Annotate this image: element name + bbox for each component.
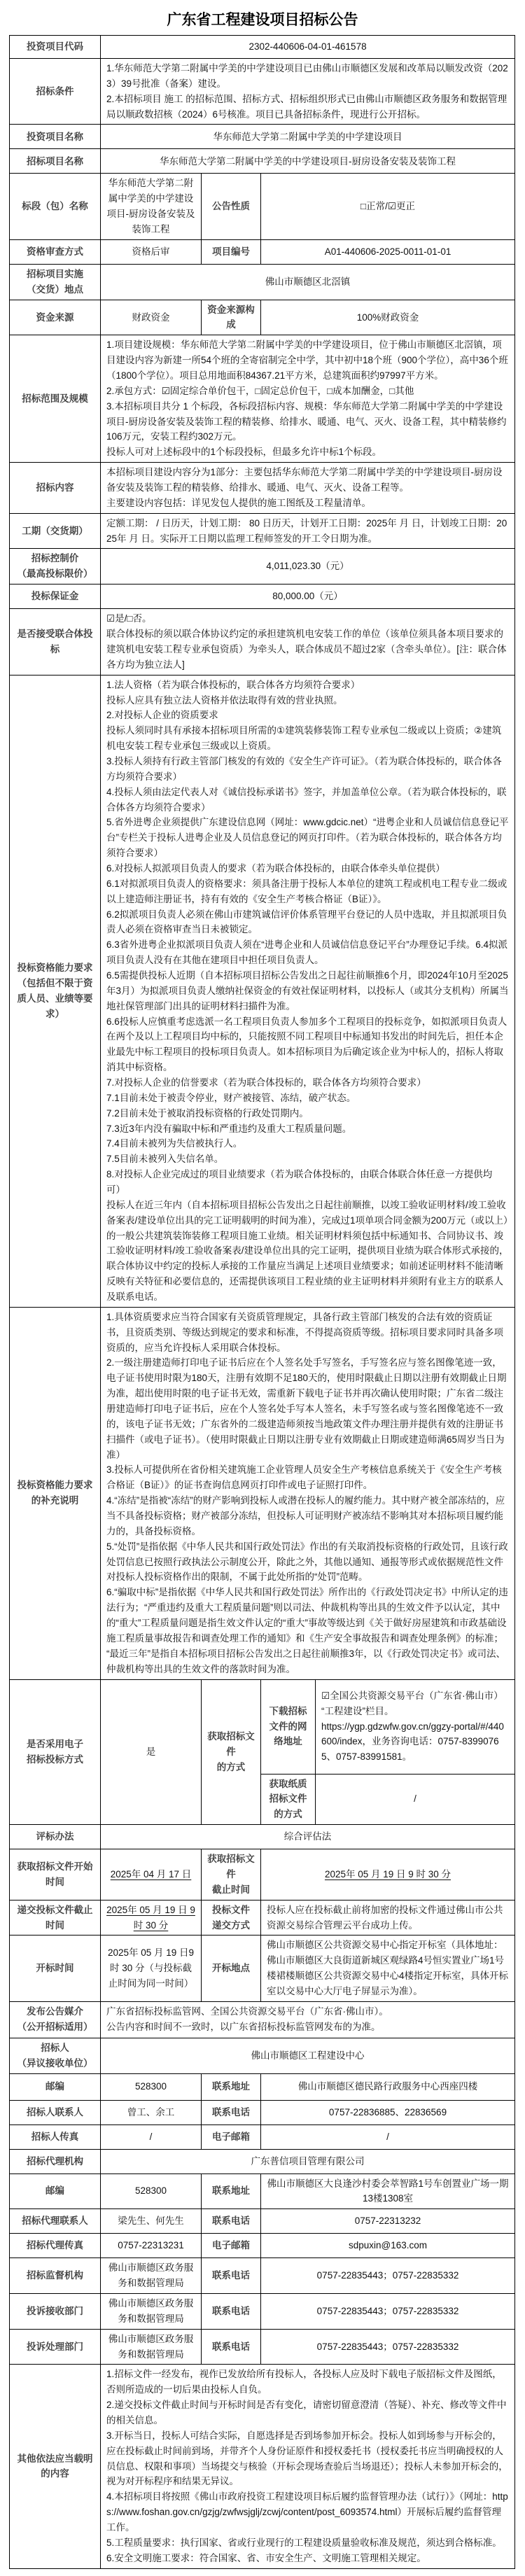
- bid-submission-deadline-value: 2025年 05 月 19 日 9 时 30 分: [101, 1900, 202, 1935]
- bid-opening-label-2: 开标地点: [202, 1935, 261, 2001]
- tenderer-contact-label: 招标人联系人: [10, 2100, 101, 2124]
- announcement-media-row: 发布公告媒介 （公开招标适用）广东省招标投标监管网、全国公共资源交易平台（广东省…: [10, 2001, 515, 2038]
- tenderer-postcode-row: 邮编528300联系地址佛山市顺德区德民路行政服务中心西座四楼: [10, 2073, 515, 2100]
- complaint-receiving-dept-label-2: 联系电话: [202, 2293, 261, 2329]
- bid-submission-deadline-label: 递交投标文件截止 时间: [10, 1900, 101, 1935]
- qualification-review-method-row: 资格审查方式资格后审项目编号A01-440606-2025-0011-01-01: [10, 239, 515, 264]
- paper-method-value: /: [316, 1774, 515, 1825]
- qualification-supplementary-notes-value: 1.具体资质要求应当符合国家有关资质管理规定，具备行政主管部门核发的合法有效的资…: [101, 1307, 515, 1679]
- bid-bond-row: 投标保证金80,000.00（元）: [10, 584, 515, 609]
- qualification-review-method-value: 资格后审: [101, 239, 202, 264]
- construction-period-label: 工期（交货期）: [10, 513, 101, 549]
- doc-obtain-time-label-2: 获取招标文件 截止时间: [202, 1849, 261, 1900]
- download-address-value: ☑全国公共资源交易平台（广东省·佛山市）“工程建设”栏目。 https://yg…: [316, 1679, 515, 1774]
- qualification-review-method-label: 资格审查方式: [10, 239, 101, 264]
- agency-fax-value: 0757-22313231: [101, 2234, 202, 2258]
- implementation-location-label: 招标项目实施 （交货）地点: [10, 264, 101, 300]
- tender-announcement-table: 投资项目代码2302-440606-04-01-461578招标条件1.华东师范…: [9, 35, 515, 2569]
- section-package-name-value-2: □正常/☑更正: [261, 174, 515, 239]
- tenderer-fax-row: 招标人传真/电子邮箱/: [10, 2124, 515, 2149]
- tenderer-row: 招标人 （异议接收单位）佛山市顺德区工程建设中心: [10, 2038, 515, 2073]
- paper-method-label: 获取纸质招标文件的方式: [261, 1774, 316, 1825]
- tender-conditions-value: 1.华东师范大学第二附属中学美的中学建设项目已由佛山市顺德区发展和改革局以顺发改…: [101, 59, 515, 125]
- qualification-review-method-value-2: A01-440606-2025-0011-01-01: [261, 239, 515, 264]
- tender-content-value: 本招标项目建设内容分为1部分：主要包括华东师范大学第二附属中学美的中学建设项目-…: [101, 463, 515, 514]
- consortium-bidding-label: 是否接受联合体投 标: [10, 609, 101, 675]
- investment-project-name-value: 华东师范大学第二附属中学美的中学建设项目: [101, 125, 515, 149]
- section-package-name-row: 标段（包）名称华东师范大学第二附属中学美的中学建设项目-厨房设备安装及装饰工程公…: [10, 174, 515, 239]
- price-ceiling-row: 招标控制价 （最高投标限价）4,011,023.30（元）: [10, 549, 515, 584]
- qualification-supplementary-notes-label: 投标资格能力要求 的补充说明: [10, 1307, 101, 1679]
- bid-submission-deadline-value-2: 投标人应在投标截止前将加密的投标文件通过佛山市公共资源交易综合管理云平台成功上传…: [261, 1900, 515, 1935]
- evaluation-method-label: 评标办法: [10, 1825, 101, 1849]
- agency-fax-label-2: 电子邮箱: [202, 2234, 261, 2258]
- tenderer-fax-label: 招标人传真: [10, 2124, 101, 2149]
- supervision-agency-value-2: 0757-22835443；0757-22835332: [261, 2258, 515, 2294]
- tenderer-fax-label-2: 电子邮箱: [202, 2124, 261, 2149]
- funding-source-value: 财政资金: [101, 300, 202, 335]
- scope-and-scale-value: 1.项目建设规模：华东师范大学第二附属中学美的中学建设项目，位于佛山市顺德区北滘…: [101, 335, 515, 463]
- funding-source-label: 资金来源: [10, 300, 101, 335]
- tender-content-row: 招标内容本招标项目建设内容分为1部分：主要包括华东师范大学第二附属中学美的中学建…: [10, 463, 515, 514]
- complaint-handling-dept-value: 佛山市顺德区政务服务和数据管理局: [101, 2329, 202, 2365]
- tenderer-contact-value: 曾工、余工: [101, 2100, 202, 2124]
- supervision-agency-label-2: 联系电话: [202, 2258, 261, 2294]
- other-required-content-label: 其他依法应当载明 的内容: [10, 2365, 101, 2568]
- evaluation-method-value: 综合评估法: [101, 1825, 515, 1849]
- complaint-receiving-dept-label: 投诉接收部门: [10, 2293, 101, 2329]
- complaint-handling-dept-row: 投诉处理部门佛山市顺德区政务服务和数据管理局联系电话0757-22835443；…: [10, 2329, 515, 2365]
- price-ceiling-label: 招标控制价 （最高投标限价）: [10, 549, 101, 584]
- price-ceiling-value: 4,011,023.30（元）: [101, 549, 515, 584]
- supervision-agency-row: 招标监督机构佛山市顺德区政务服务和数据管理局联系电话0757-22835443；…: [10, 2258, 515, 2294]
- tender-conditions-label: 招标条件: [10, 59, 101, 125]
- consortium-bidding-row: 是否接受联合体投 标☑是/□否。 联合体投标的须以联合体协议约定的承担建筑机电安…: [10, 609, 515, 675]
- tenderer-contact-row: 招标人联系人曾工、余工联系电话0757-22836885、22836569: [10, 2100, 515, 2124]
- bid-bond-label: 投标保证金: [10, 584, 101, 609]
- investment-project-code-value: 2302-440606-04-01-461578: [101, 36, 515, 59]
- funding-source-row: 资金来源财政资金资金来源构成100%财政资金: [10, 300, 515, 335]
- tenderer-fax-value: /: [101, 2124, 202, 2149]
- funding-source-label-2: 资金来源构成: [202, 300, 261, 335]
- tender-project-name-value: 华东师范大学第二附属中学美的中学建设项目-厨房设备安装及装饰工程: [101, 149, 515, 174]
- section-package-name-label: 标段（包）名称: [10, 174, 101, 239]
- tenderer-postcode-label: 邮编: [10, 2073, 101, 2100]
- bid-opening-value-2: 佛山市顺德区公共资源交易中心指定开标室（具体地址：佛山市顺德区大良街道新城区观绿…: [261, 1935, 515, 2001]
- tenderer-postcode-label-2: 联系地址: [202, 2073, 261, 2100]
- investment-project-name-label: 投资项目名称: [10, 125, 101, 149]
- qualification-review-method-label-2: 项目编号: [202, 239, 261, 264]
- investment-project-code-label: 投资项目代码: [10, 36, 101, 59]
- tenderer-contact-label-2: 联系电话: [202, 2100, 261, 2124]
- bid-bond-value: 80,000.00（元）: [101, 584, 515, 609]
- bidder-qualification-requirements-label: 投标资格能力要求 （包括但不限于资 质人员、业绩等要 求）: [10, 675, 101, 1307]
- agency-postcode-value-2: 佛山市顺德区大良逢沙村委会萃智路1号车创置业广场一期13楼1308室: [261, 2173, 515, 2209]
- complaint-handling-dept-label: 投诉处理部门: [10, 2329, 101, 2365]
- complaint-receiving-dept-row: 投诉接收部门佛山市顺德区政务服务和数据管理局联系电话0757-22835443；…: [10, 2293, 515, 2329]
- agency-fax-label: 招标代理传真: [10, 2234, 101, 2258]
- investment-project-code-row: 投资项目代码2302-440606-04-01-461578: [10, 36, 515, 59]
- implementation-location-row: 招标项目实施 （交货）地点佛山市顺德区北滘镇: [10, 264, 515, 300]
- tenderer-postcode-value-2: 佛山市顺德区德民路行政服务中心西座四楼: [261, 2073, 515, 2100]
- supervision-agency-label: 招标监督机构: [10, 2258, 101, 2294]
- tender-table-body: 投资项目代码2302-440606-04-01-461578招标条件1.华东师范…: [10, 36, 515, 2569]
- consortium-bidding-value: ☑是/□否。 联合体投标的须以联合体协议约定的承担建筑机电安装工作的单位（该单位…: [101, 609, 515, 675]
- bidder-qualification-requirements-value: 1.法人资格（若为联合体投标的，联合体各方均须符合要求） 投标人应具有独立法人资…: [101, 675, 515, 1307]
- section-package-name-value: 华东师范大学第二附属中学美的中学建设项目-厨房设备安装及装饰工程: [101, 174, 202, 239]
- announcement-media-value: 广东省招标投标监管网、全国公共资源交易平台（广东省·佛山市）。 公告内容和时间不…: [101, 2001, 515, 2038]
- supervision-agency-value: 佛山市顺德区政务服务和数据管理局: [101, 2258, 202, 2294]
- agency-postcode-label: 邮编: [10, 2173, 101, 2209]
- tenderer-fax-value-2: /: [261, 2124, 515, 2149]
- tenderer-label: 招标人 （异议接收单位）: [10, 2038, 101, 2073]
- tender-agency-label: 招标代理机构: [10, 2149, 101, 2173]
- section-package-name-label-2: 公告性质: [202, 174, 261, 239]
- download-address-label: 下载招标文件的网络地址: [261, 1679, 316, 1774]
- other-required-content-row: 其他依法应当载明 的内容1.招标文件一经发布，视作已发放给所有投标人，各投标人应…: [10, 2365, 515, 2568]
- doc-obtain-time-value-2: 2025年 05 月 19 日 9 时 30 分: [261, 1849, 515, 1900]
- agency-contact-label: 招标代理联系人: [10, 2209, 101, 2234]
- complaint-handling-dept-label-2: 联系电话: [202, 2329, 261, 2365]
- agency-contact-value-2: 0757-22313232: [261, 2209, 515, 2234]
- scope-and-scale-label: 招标范围及规模: [10, 335, 101, 463]
- tenderer-contact-value-2: 0757-22836885、22836569: [261, 2100, 515, 2124]
- complaint-receiving-dept-value-2: 0757-22835443；0757-22835332: [261, 2293, 515, 2329]
- funding-source-value-2: 100%财政资金: [261, 300, 515, 335]
- agency-postcode-value: 528300: [101, 2173, 202, 2209]
- scope-and-scale-row: 招标范围及规模1.项目建设规模：华东师范大学第二附属中学美的中学建设项目，位于佛…: [10, 335, 515, 463]
- agency-fax-row: 招标代理传真0757-22313231电子邮箱sdpuxin@163.com: [10, 2234, 515, 2258]
- page-title: 广东省工程建设项目招标公告: [0, 0, 525, 35]
- tender-project-name-row: 招标项目名称华东师范大学第二附属中学美的中学建设项目-厨房设备安装及装饰工程: [10, 149, 515, 174]
- agency-contact-row: 招标代理联系人梁先生、何先生联系电话0757-22313232: [10, 2209, 515, 2234]
- agency-postcode-row: 邮编528300联系地址佛山市顺德区大良逢沙村委会萃智路1号车创置业广场一期13…: [10, 2173, 515, 2209]
- bid-opening-value: 2025年 05 月 19 日9 时 30 分（与投标截止时间为同一时间）: [101, 1935, 202, 2001]
- tenderer-postcode-value: 528300: [101, 2073, 202, 2100]
- doc-obtain-method-label: 获取招标文件 的方式: [202, 1679, 261, 1825]
- tenderer-value: 佛山市顺德区工程建设中心: [101, 2038, 515, 2073]
- announcement-page: 广东省工程建设项目招标公告 投资项目代码2302-440606-04-01-46…: [0, 0, 525, 2569]
- doc-obtain-time-row: 获取招标文件开始 时间2025年 04 月 17 日获取招标文件 截止时间202…: [10, 1849, 515, 1900]
- construction-period-row: 工期（交货期）定额工期： / 日历天，计划工期： 80 日历天，计划开工日期：2…: [10, 513, 515, 549]
- investment-project-name-row: 投资项目名称华东师范大学第二附属中学美的中学建设项目: [10, 125, 515, 149]
- qualification-supplementary-notes-row: 投标资格能力要求 的补充说明1.具体资质要求应当符合国家有关资质管理规定，具备行…: [10, 1307, 515, 1679]
- doc-obtain-time-value: 2025年 04 月 17 日: [101, 1849, 202, 1900]
- evaluation-method-row: 评标办法综合评估法: [10, 1825, 515, 1849]
- bidder-qualification-requirements-row: 投标资格能力要求 （包括但不限于资 质人员、业绩等要 求）1.法人资格（若为联合…: [10, 675, 515, 1307]
- implementation-location-value: 佛山市顺德区北滘镇: [101, 264, 515, 300]
- tender-content-label: 招标内容: [10, 463, 101, 514]
- agency-fax-value-2: sdpuxin@163.com: [261, 2234, 515, 2258]
- bid-submission-deadline-label-2: 投标文件 递交方式: [202, 1900, 261, 1935]
- complaint-receiving-dept-value: 佛山市顺德区政务服务和数据管理局: [101, 2293, 202, 2329]
- agency-contact-value: 梁先生、何先生: [101, 2209, 202, 2234]
- electronic-bidding-value: 是: [101, 1679, 202, 1825]
- complaint-handling-dept-value-2: 0757-22835443；0757-22835332: [261, 2329, 515, 2365]
- electronic-bidding-row: 是否采用电子 招标投标方式是获取招标文件 的方式下载招标文件的网络地址☑全国公共…: [10, 1679, 515, 1774]
- agency-contact-label-2: 联系电话: [202, 2209, 261, 2234]
- bid-opening-label: 开标时间: [10, 1935, 101, 2001]
- construction-period-value: 定额工期： / 日历天，计划工期： 80 日历天，计划开工日期：2025年 月 …: [101, 513, 515, 549]
- other-required-content-value: 1.招标文件一经发布，视作已发放给所有投标人，各投标人应及时下载电子版招标文件及…: [101, 2365, 515, 2568]
- electronic-bidding-label: 是否采用电子 招标投标方式: [10, 1679, 101, 1825]
- tender-agency-value: 广东普信项目管理有限公司: [101, 2149, 515, 2173]
- bid-opening-row: 开标时间2025年 05 月 19 日9 时 30 分（与投标截止时间为同一时间…: [10, 1935, 515, 2001]
- tender-project-name-label: 招标项目名称: [10, 149, 101, 174]
- bid-submission-deadline-row: 递交投标文件截止 时间2025年 05 月 19 日 9 时 30 分投标文件 …: [10, 1900, 515, 1935]
- tender-conditions-row: 招标条件1.华东师范大学第二附属中学美的中学建设项目已由佛山市顺德区发展和改革局…: [10, 59, 515, 125]
- announcement-media-label: 发布公告媒介 （公开招标适用）: [10, 2001, 101, 2038]
- tender-agency-row: 招标代理机构广东普信项目管理有限公司: [10, 2149, 515, 2173]
- agency-postcode-label-2: 联系地址: [202, 2173, 261, 2209]
- doc-obtain-time-label: 获取招标文件开始 时间: [10, 1849, 101, 1900]
